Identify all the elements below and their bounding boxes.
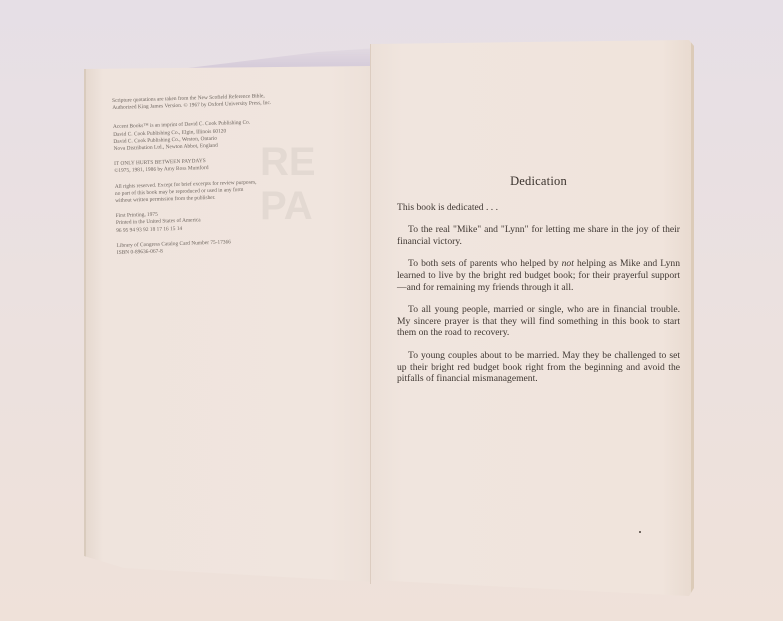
open-book: REPA Scripture quotations are taken from… — [0, 0, 783, 621]
dedication-title: Dedication — [397, 176, 680, 188]
dedication-paragraph: To the real "Mike" and "Lynn" for lettin… — [397, 224, 680, 247]
copyright-notice: Scripture quotations are taken from the … — [112, 90, 367, 265]
title-copyright: IT ONLY HURTS BETWEEN PAYDAYS ©1975, 198… — [114, 153, 364, 175]
dedication-paragraph: To young couples about to be married. Ma… — [397, 350, 680, 385]
dedication-text: Dedication This book is dedicated . . . … — [397, 176, 680, 396]
paper-speck — [639, 531, 641, 533]
printing-info: First Printing, 1975 Printed in the Unit… — [116, 205, 367, 234]
catalog-info: Library of Congress Catalog Card Number … — [117, 235, 367, 257]
dedication-paragraph: To both sets of parents who helped by no… — [397, 258, 680, 293]
publisher-info: Accent Books™ is an imprint of David C. … — [113, 117, 364, 154]
rights-reserved: All rights reserved. Except for brief ex… — [115, 176, 366, 205]
dedication-paragraph: To all young people, married or single, … — [397, 304, 680, 339]
dedication-intro: This book is dedicated . . . — [397, 202, 680, 214]
book-gutter — [370, 44, 371, 584]
